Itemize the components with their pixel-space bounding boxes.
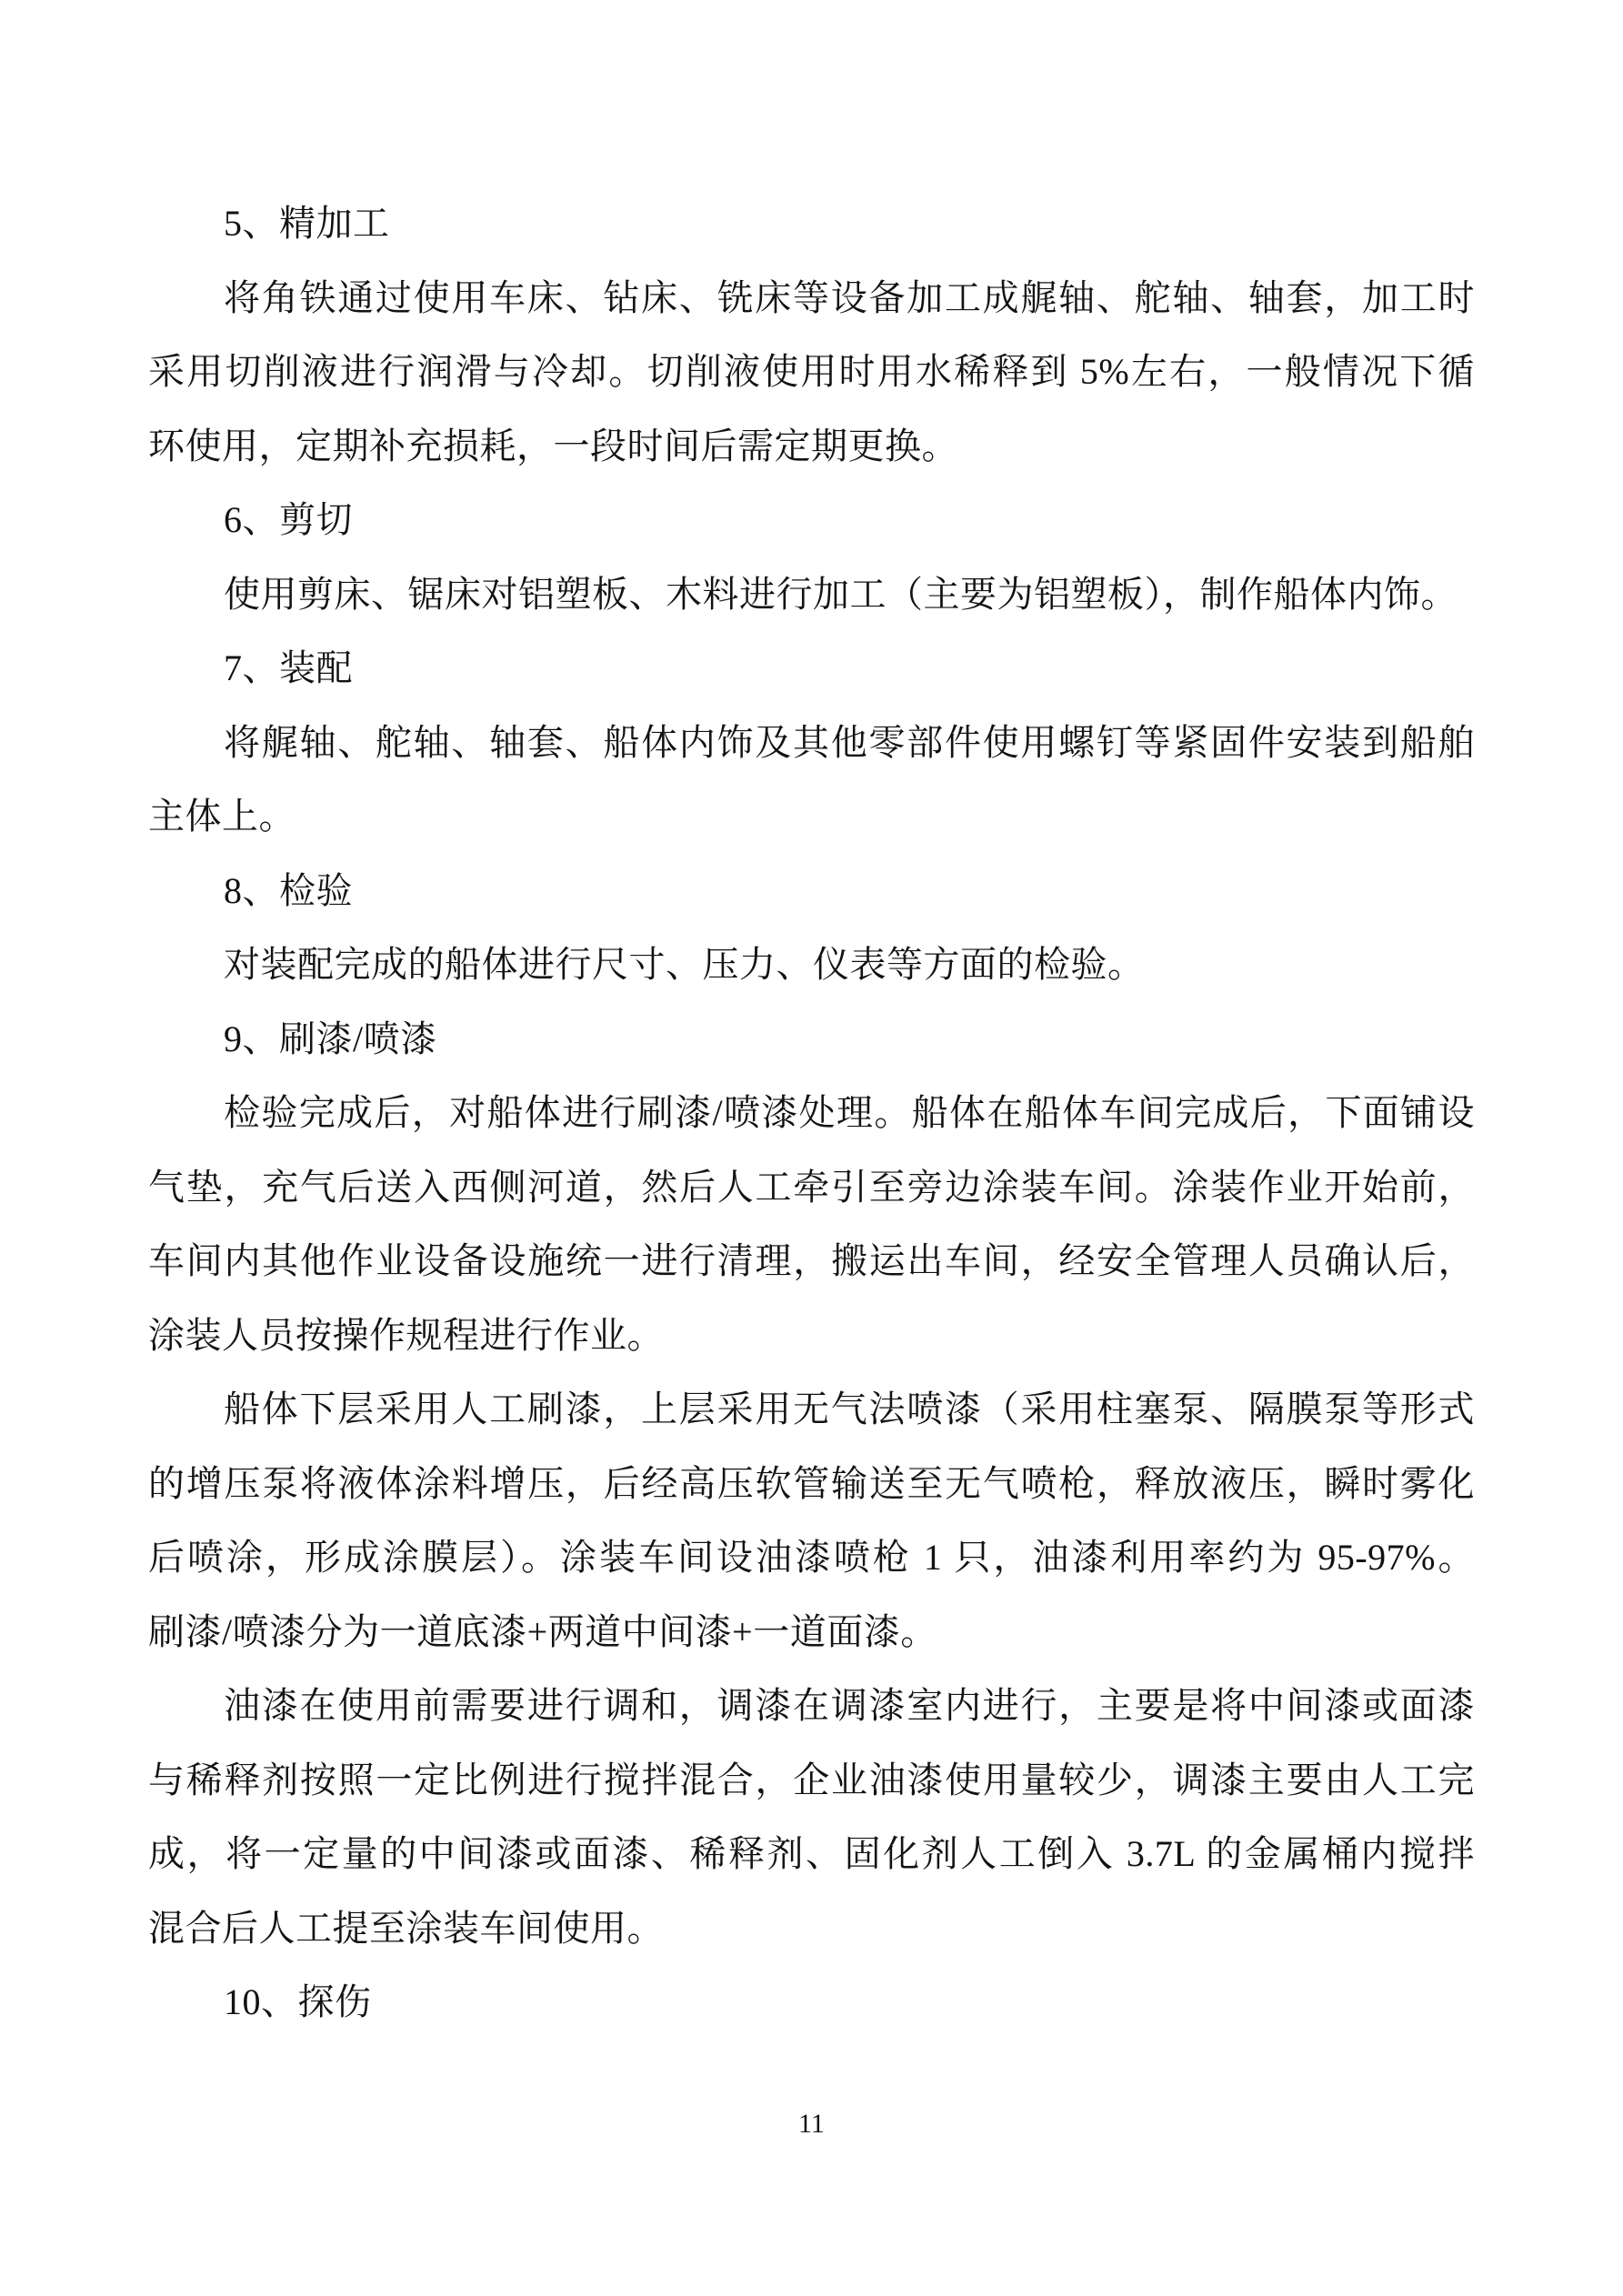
body-line: 成，将一定量的中间漆或面漆、稀释剂、固化剂人工倒入 3.7L 的金属桶内搅拌: [148, 1817, 1475, 1891]
body-line: 的增压泵将液体涂料增压，后经高压软管输送至无气喷枪，释放液压，瞬时雾化: [148, 1447, 1475, 1521]
body-line: 将艉轴、舵轴、轴套、船体内饰及其他零部件使用螺钉等紧固件安装到船舶: [148, 706, 1475, 780]
body-line: 采用切削液进行润滑与冷却。切削液使用时用水稀释到 5%左右，一般情况下循: [148, 335, 1475, 409]
heading-line: 9、刷漆/喷漆: [148, 1002, 1475, 1077]
body-line: 将角铁通过使用车床、钻床、铣床等设备加工成艉轴、舵轴、轴套，加工时: [148, 261, 1475, 336]
body-line: 船体下层采用人工刷漆，上层采用无气法喷漆（采用柱塞泵、隔膜泵等形式: [148, 1372, 1475, 1447]
page-number: 11: [0, 2108, 1623, 2141]
body-line: 检验完成后，对船体进行刷漆/喷漆处理。船体在船体车间完成后，下面铺设: [148, 1076, 1475, 1150]
heading-line: 8、检验: [148, 854, 1475, 928]
body-line: 使用剪床、锯床对铝塑板、木料进行加工（主要为铝塑板），制作船体内饰。: [148, 557, 1475, 632]
heading-line: 7、装配: [148, 631, 1475, 706]
body-line: 混合后人工提至涂装车间使用。: [148, 1891, 1475, 1966]
body-line: 与稀释剂按照一定比例进行搅拌混合，企业油漆使用量较少，调漆主要由人工完: [148, 1743, 1475, 1818]
body-line: 后喷涂，形成涂膜层）。涂装车间设油漆喷枪 1 只，油漆利用率约为 95-97%。: [148, 1520, 1475, 1595]
body-line: 主体上。: [148, 779, 1475, 854]
heading-line: 10、探伤: [148, 1965, 1475, 2040]
body-line: 对装配完成的船体进行尺寸、压力、仪表等方面的检验。: [148, 927, 1475, 1002]
body-line: 气垫，充气后送入西侧河道，然后人工牵引至旁边涂装车间。涂装作业开始前，: [148, 1150, 1475, 1225]
document-page: 5、精加工将角铁通过使用车床、钻床、铣床等设备加工成艉轴、舵轴、轴套，加工时采用…: [0, 0, 1623, 2296]
body-line: 环使用，定期补充损耗，一段时间后需定期更换。: [148, 409, 1475, 484]
body-line: 涂装人员按操作规程进行作业。: [148, 1298, 1475, 1373]
heading-line: 6、剪切: [148, 483, 1475, 557]
body-line: 油漆在使用前需要进行调和，调漆在调漆室内进行，主要是将中间漆或面漆: [148, 1669, 1475, 1743]
heading-line: 5、精加工: [148, 186, 1475, 261]
document-body: 5、精加工将角铁通过使用车床、钻床、铣床等设备加工成艉轴、舵轴、轴套，加工时采用…: [148, 186, 1475, 2040]
body-line: 车间内其他作业设备设施统一进行清理，搬运出车间，经安全管理人员确认后，: [148, 1224, 1475, 1298]
body-line: 刷漆/喷漆分为一道底漆+两道中间漆+一道面漆。: [148, 1595, 1475, 1669]
